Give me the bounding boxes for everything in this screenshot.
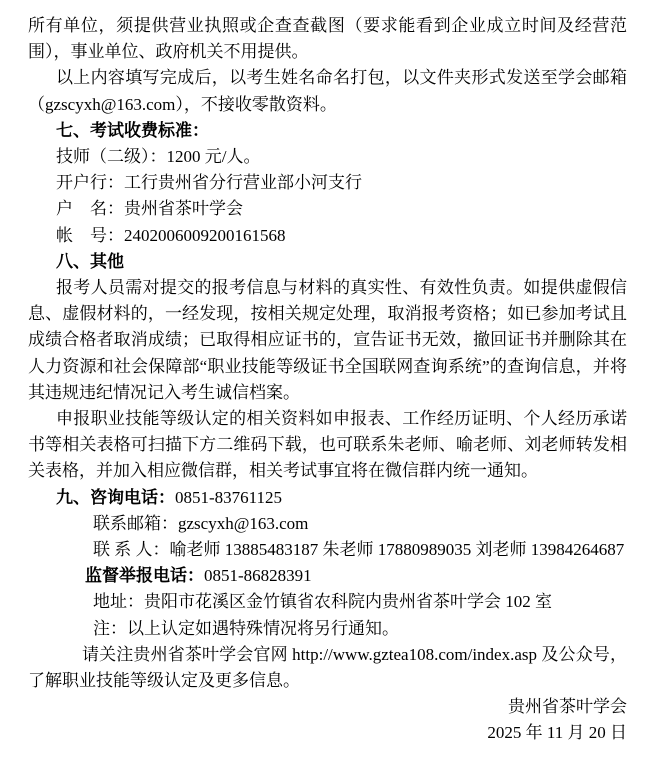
paragraph-materials-download: 申报职业技能等级认定的相关资料如申报表、工作经历证明、个人经历承诺书等相关表格可…: [28, 406, 627, 485]
paragraph-account-name: 户 名：贵州省茶叶学会: [28, 196, 627, 222]
document-page: { "page": { "background_color": "#ffffff…: [0, 0, 655, 779]
paragraph-responsibility: 报考人员需对提交的报考信息与材料的真实性、有效性负责。如提供虚假信息、虚假材料的…: [28, 275, 627, 406]
paragraph-website: 请关注贵州省茶叶学会官网 http://www.gztea108.com/ind…: [28, 642, 627, 694]
paragraph-address: 地址：贵阳市花溪区金竹镇省农科院内贵州省茶叶学会 102 室: [28, 589, 627, 615]
signature-organization: 贵州省茶叶学会: [28, 694, 627, 720]
consult-phone-label: 九、咨询电话：: [56, 488, 175, 507]
paragraph-account-number: 帐 号：2402006009200161568: [28, 223, 627, 249]
paragraph-package-submission: 以上内容填写完成后，以考生姓名命名打包，以文件夹形式发送至学会邮箱（gzscyx…: [28, 65, 627, 117]
paragraph-contact-email: 联系邮箱：gzscyxh@163.com: [28, 511, 627, 537]
consult-phone-number: 0851-83761125: [175, 488, 282, 507]
supervise-phone-label: 监督举报电话：: [85, 566, 204, 585]
paragraph-consult-phone: 九、咨询电话：0851-83761125: [28, 485, 627, 511]
signature-date: 2025 年 11 月 20 日: [28, 720, 627, 746]
supervise-phone-number: 0851-86828391: [204, 566, 312, 585]
notice-document: 所有单位，须提供营业执照或企查查截图（要求能看到企业成立时间及经营范围），事业单…: [0, 0, 655, 779]
heading-other: 八、其他: [28, 249, 627, 275]
paragraph-contact-persons: 联 系 人：喻老师 13885483187 朱老师 17880989035 刘老…: [28, 537, 627, 563]
paragraph-supervise-phone: 监督举报电话：0851-86828391: [28, 563, 627, 589]
heading-exam-fee-standard: 七、考试收费标准：: [28, 118, 627, 144]
paragraph-fee-technician: 技师（二级）：1200 元/人。: [28, 144, 627, 170]
paragraph-note: 注：以上认定如遇特殊情况将另行通知。: [28, 616, 627, 642]
paragraph-bank-branch: 开户行：工行贵州省分行营业部小河支行: [28, 170, 627, 196]
paragraph-unit-requirement: 所有单位，须提供营业执照或企查查截图（要求能看到企业成立时间及经营范围），事业单…: [28, 13, 627, 65]
